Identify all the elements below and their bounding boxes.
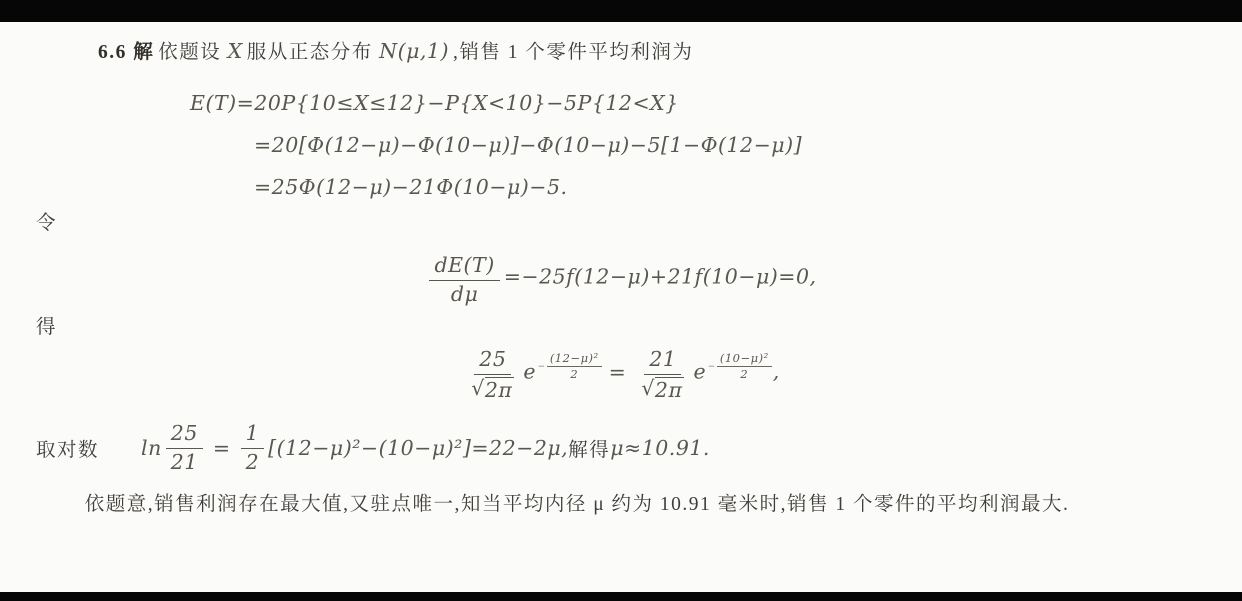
expectation-equation-line-1: E(T)=20P{10≤X≤12}−P{X<10}−5P{12<X} <box>190 88 1208 118</box>
variable-x: X <box>228 39 243 63</box>
derivative-numerator: dE(T) <box>429 254 499 281</box>
derivative-rhs: =−25f(12−μ)+21f(10−μ)=0, <box>504 265 817 289</box>
conclusion-paragraph: 依题意,销售利润存在最大值,又驻点唯一,知当平均内径 μ 约为 10.91 毫米… <box>34 490 1208 520</box>
bottom-letterbox-bar <box>0 592 1242 601</box>
sqrt-radical-sign: √ <box>471 377 485 401</box>
problem-number-label: 6.6 解 <box>98 42 154 63</box>
trailing-comma: , <box>773 360 780 384</box>
solution-page: 6.6 解 依题设 X 服从正态分布 N(μ,1) ,销售 1 个零件平均利润为… <box>0 22 1242 592</box>
take-log-label: 取对数 <box>36 434 99 462</box>
problem-heading: 6.6 解 依题设 X 服从正态分布 N(μ,1) ,销售 1 个零件平均利润为 <box>98 37 1208 68</box>
left-exponent: −(12−μ)²2 <box>538 352 603 380</box>
log-equation-body: [(12−μ)²−(10−μ)²]=22−2μ, <box>268 436 568 460</box>
left-exponent-fraction: (12−μ)²2 <box>547 352 602 380</box>
right-exponent-denominator: 2 <box>737 367 751 381</box>
top-letterbox-bar <box>0 0 1242 22</box>
left-exponent-minus: − <box>538 359 545 374</box>
heading-text-mid: 服从正态分布 <box>247 42 379 63</box>
right-exponent-numerator: (10−μ)² <box>717 352 772 367</box>
right-e-symbol: e <box>693 360 706 384</box>
get-label: 得 <box>36 314 1208 342</box>
right-coefficient-numerator: 21 <box>644 348 681 375</box>
right-coefficient-fraction: 21 √2π <box>636 348 689 402</box>
one-half-fraction: 1 2 <box>241 422 265 474</box>
derivative-equation: dE(T) dμ =−25f(12−μ)+21f(10−μ)=0, <box>34 254 1208 306</box>
right-exponent: −(10−μ)²2 <box>708 352 773 380</box>
let-label: 令 <box>36 210 1208 238</box>
equality-sign: = <box>609 360 627 384</box>
mu-result: μ≈10.91. <box>610 436 710 460</box>
left-coefficient-fraction: 25 √2π <box>466 348 519 402</box>
left-exponent-denominator: 2 <box>567 367 581 381</box>
heading-text-post: ,销售 1 个零件平均利润为 <box>453 42 693 63</box>
ln-argument-fraction: 25 21 <box>166 422 203 474</box>
normal-distribution-notation: N(μ,1) <box>379 39 449 63</box>
left-coefficient-numerator: 25 <box>474 348 511 375</box>
ln-fraction-denominator: 21 <box>166 449 203 475</box>
logarithm-step-row: 取对数 ln 25 21 = 1 2 [(12−μ)²−(10−μ)²]=22−… <box>36 422 1208 474</box>
right-exponent-fraction: (10−μ)²2 <box>717 352 772 380</box>
left-exponent-numerator: (12−μ)² <box>547 352 602 367</box>
solve-label: 解得 <box>568 434 610 462</box>
log-equals-sign: = <box>213 436 231 460</box>
right-exponent-minus: − <box>708 359 715 374</box>
ln-operator: ln <box>141 436 162 460</box>
expectation-equation-line-3: =25Φ(12−μ)−21Φ(10−μ)−5. <box>254 172 1208 202</box>
one-half-denominator: 2 <box>241 449 265 475</box>
derivative-fraction: dE(T) dμ <box>429 254 499 306</box>
sqrt-radical-sign: √ <box>641 377 655 401</box>
left-sqrt-denominator: √2π <box>466 375 519 403</box>
derivative-denominator: dμ <box>446 281 483 307</box>
right-radicand: 2π <box>655 377 685 403</box>
right-sqrt-denominator: √2π <box>636 375 689 403</box>
exponential-equation: 25 √2π e−(12−μ)²2= 21 √2π e−(10−μ)²2, <box>34 348 1208 402</box>
logarithm-equation: ln 25 21 = 1 2 [(12−μ)²−(10−μ)²]=22−2μ, … <box>141 422 710 474</box>
heading-text-pre: 依题设 <box>158 42 227 63</box>
left-radicand: 2π <box>485 377 515 403</box>
expectation-equation-line-2: =20[Φ(12−μ)−Φ(10−μ)]−Φ(10−μ)−5[1−Φ(12−μ)… <box>254 130 1208 160</box>
ln-fraction-numerator: 25 <box>166 422 203 449</box>
one-half-numerator: 1 <box>241 422 265 449</box>
left-e-symbol: e <box>523 360 536 384</box>
